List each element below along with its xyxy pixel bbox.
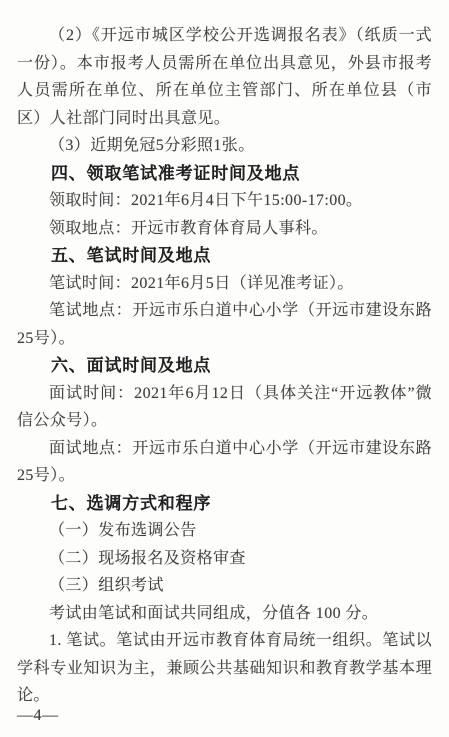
list-item: （一）发布选调公告 — [17, 517, 432, 545]
paragraph: 领取时间：2021年6月4日下午15:00-17:00。 — [17, 187, 432, 215]
paragraph: （2）《开远市城区学校公开选调报名表》（纸质一式一份）。本市报考人员需所在单位出… — [17, 22, 432, 132]
list-item: （三）组织考试 — [17, 572, 432, 600]
section-heading: 七、选调方式和程序 — [17, 490, 432, 518]
paragraph: （3）近期免冠5分彩照1张。 — [17, 132, 432, 160]
list-item: （二）现场报名及资格审查 — [17, 545, 432, 573]
paragraph: 考试由笔试和面试共同组成，分值各 100 分。 — [17, 600, 432, 628]
paragraph: 领取地点：开远市教育体育局人事科。 — [17, 215, 432, 243]
section-heading: 六、面试时间及地点 — [17, 352, 432, 380]
section-heading: 四、领取笔试准考证时间及地点 — [17, 160, 432, 188]
document-page: （2）《开远市城区学校公开选调报名表》（纸质一式一份）。本市报考人员需所在单位出… — [0, 0, 449, 737]
section-heading: 五、笔试时间及地点 — [17, 242, 432, 270]
paragraph: 面试时间：2021年6月12日（具体关注“开远教体”微信公众号）。 — [17, 380, 432, 435]
paragraph: 笔试时间：2021年6月5日（详见准考证）。 — [17, 270, 432, 298]
paragraph: 1. 笔试。笔试由开远市教育体育局统一组织。笔试以学科专业知识为主，兼顾公共基础… — [17, 627, 432, 710]
document-content: （2）《开远市城区学校公开选调报名表》（纸质一式一份）。本市报考人员需所在单位出… — [17, 22, 432, 710]
paragraph: 面试地点：开远市乐白道中心小学（开远市建设东路25号）。 — [17, 435, 432, 490]
page-number: —4— — [17, 707, 59, 725]
paragraph: 笔试地点：开远市乐白道中心小学（开远市建设东路25号）。 — [17, 297, 432, 352]
